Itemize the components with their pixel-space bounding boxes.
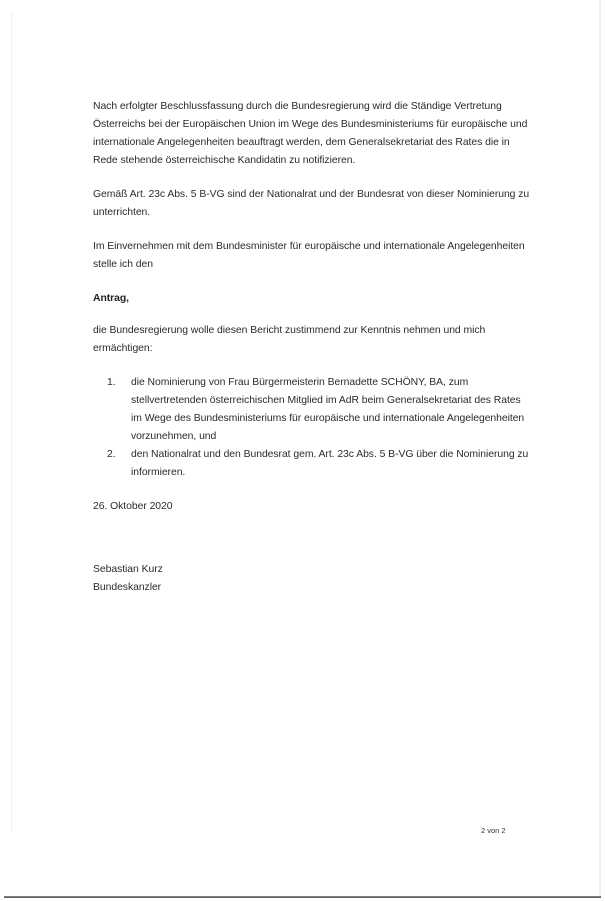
request-intro: die Bundesregierung wolle diesen Bericht… (93, 322, 533, 358)
list-item-text: die Nominierung von Frau Bürgermeisterin… (131, 377, 524, 442)
scan-edge-bottom (4, 896, 601, 898)
list-item-number: 2. (107, 446, 116, 464)
paragraph-notification: Nach erfolgter Beschlussfassung durch di… (93, 98, 533, 170)
signer-title: Bundeskanzler (93, 579, 533, 597)
list-item-text: den Nationalrat und den Bundesrat gem. A… (131, 449, 528, 478)
scan-edge-left (11, 12, 12, 832)
document-date: 26. Oktober 2020 (93, 498, 533, 516)
paragraph-agreement: Im Einvernehmen mit dem Bundesminister f… (93, 238, 533, 274)
signer-name: Sebastian Kurz (93, 561, 533, 579)
scan-edge-right (599, 0, 601, 897)
document-page: Nach erfolgter Beschlussfassung durch di… (0, 0, 605, 901)
list-item: 1. die Nominierung von Frau Bürgermeiste… (93, 374, 533, 446)
paragraph-legal-basis: Gemäß Art. 23c Abs. 5 B-VG sind der Nati… (93, 186, 533, 222)
document-body: Nach erfolgter Beschlussfassung durch di… (93, 98, 533, 597)
request-list: 1. die Nominierung von Frau Bürgermeiste… (93, 374, 533, 482)
list-item-number: 1. (107, 374, 116, 392)
request-heading: Antrag, (93, 290, 533, 308)
page-number: 2 von 2 (481, 826, 506, 835)
list-item: 2. den Nationalrat und den Bundesrat gem… (93, 446, 533, 482)
